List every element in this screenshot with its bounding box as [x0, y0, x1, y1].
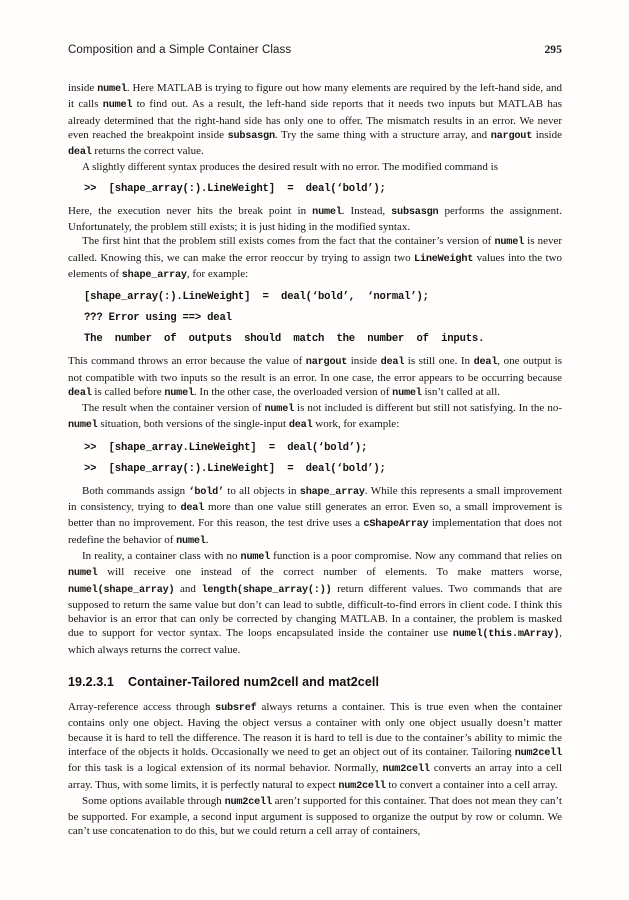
inline-code: deal: [381, 357, 405, 368]
text-run: returns the correct value.: [92, 145, 204, 157]
inline-code: cShapeArray: [363, 519, 428, 530]
text-run: . Instead,: [342, 205, 391, 217]
text-run: situation, both versions of the single-i…: [98, 418, 289, 430]
text-run: inside: [347, 355, 380, 367]
inline-code: numel: [494, 237, 524, 248]
text-run: Here, the execution never hits the break…: [68, 205, 312, 217]
inline-code: numel: [392, 388, 422, 399]
inline-code: num2cell: [225, 797, 272, 808]
text-run: In reality, a container class with no: [82, 550, 241, 562]
text-run: isn’t called at all.: [422, 386, 500, 398]
text-run: is called before: [92, 386, 165, 398]
inline-code: numel: [264, 404, 294, 415]
paragraph: Array-reference access through subsref a…: [68, 700, 562, 794]
text-run: Array-reference access through: [68, 701, 215, 713]
text-run: inside: [532, 129, 562, 141]
inline-code: numel: [97, 84, 127, 95]
section-heading: 19.2.3.1Container-Tailored num2cell and …: [68, 675, 562, 689]
inline-code: deal: [68, 147, 92, 158]
paragraph: The result when the container version of…: [68, 401, 562, 434]
paragraph: inside numel. Here MATLAB is trying to f…: [68, 81, 562, 160]
inline-code: numel: [68, 420, 98, 431]
inline-code: nargout: [306, 357, 347, 368]
book-page: Composition and a Simple Container Class…: [0, 0, 629, 900]
page-header: Composition and a Simple Container Class…: [68, 44, 562, 56]
inline-code: subsref: [215, 703, 256, 714]
inline-code: shape_array: [122, 270, 187, 281]
inline-code: deal: [474, 357, 498, 368]
text-run: will receive one instead of the correct …: [98, 566, 562, 578]
paragraph: Here, the execution never hits the break…: [68, 204, 562, 235]
inline-code: num2cell: [382, 764, 429, 775]
code-line: >> [shape_array.LineWeight] = deal(‘bold…: [84, 442, 562, 455]
text-run: The result when the container version of: [82, 402, 264, 414]
inline-code: numel: [241, 552, 271, 563]
page-number: 295: [544, 44, 562, 56]
inline-code: deal: [68, 388, 92, 399]
paragraph: In reality, a container class with no nu…: [68, 549, 562, 657]
inline-code: deal: [289, 420, 313, 431]
text-run: and: [174, 583, 201, 595]
code-line: ??? Error using ==> deal: [84, 312, 562, 325]
text-run: .: [206, 534, 209, 546]
inline-code: LineWeight: [414, 254, 473, 265]
code-line: >> [shape_array(:).LineWeight] = deal(‘b…: [84, 463, 562, 476]
code-line: >> [shape_array(:).LineWeight] = deal(‘b…: [84, 183, 562, 196]
inline-code: numel: [164, 388, 194, 399]
text-run: Some options available through: [82, 795, 225, 807]
paragraph: The first hint that the problem still ex…: [68, 234, 562, 283]
text-run: work, for example:: [313, 418, 400, 430]
inline-code: shape_array: [300, 487, 365, 498]
running-head: Composition and a Simple Container Class: [68, 44, 291, 56]
text-run: to all objects in: [224, 485, 300, 497]
text-run: A slightly different syntax produces the…: [82, 161, 498, 173]
section-title: Container-Tailored num2cell and mat2cell: [128, 675, 379, 689]
paragraph: Both commands assign ‘bold’ to all objec…: [68, 484, 562, 549]
text-run: is not included is different but still n…: [294, 402, 562, 414]
inline-code: numel: [176, 536, 206, 547]
text-run: . Try the same thing with a structure ar…: [275, 129, 491, 141]
paragraph: Some options available through num2cell …: [68, 794, 562, 839]
inline-code: subsasgn: [391, 207, 438, 218]
text-run: inside: [68, 82, 97, 94]
paragraph: A slightly different syntax produces the…: [68, 160, 562, 174]
code-line: [shape_array(:).LineWeight] = deal(‘bold…: [84, 291, 562, 304]
text-run: for this task is a logical extension of …: [68, 762, 382, 774]
text-run: , for example:: [187, 268, 248, 280]
inline-code: ‘bold’: [188, 487, 223, 498]
inline-code: numel(this.mArray): [453, 629, 559, 640]
text-run: . In the other case, the overloaded vers…: [194, 386, 392, 398]
text-run: Both commands assign: [82, 485, 188, 497]
text-run: function is a poor compromise. Now any c…: [270, 550, 562, 562]
text-run: to convert a container into a cell array…: [386, 779, 558, 791]
paragraph: This command throws an error because the…: [68, 354, 562, 401]
inline-code: num2cell: [515, 748, 562, 759]
inline-code: nargout: [491, 131, 532, 142]
page-body: inside numel. Here MATLAB is trying to f…: [68, 81, 562, 839]
text-run: is still one. In: [404, 355, 473, 367]
inline-code: length(shape_array(:)): [201, 585, 331, 596]
inline-code: deal: [180, 503, 204, 514]
inline-code: subsasgn: [228, 131, 275, 142]
text-run: This command throws an error because the…: [68, 355, 306, 367]
inline-code: num2cell: [338, 781, 385, 792]
inline-code: numel(shape_array): [68, 585, 174, 596]
section-number: 19.2.3.1: [68, 675, 114, 689]
text-run: The first hint that the problem still ex…: [82, 235, 494, 247]
inline-code: numel: [68, 568, 98, 579]
code-line: The number of outputs should match the n…: [84, 333, 562, 346]
inline-code: numel: [103, 100, 133, 111]
inline-code: numel: [312, 207, 342, 218]
